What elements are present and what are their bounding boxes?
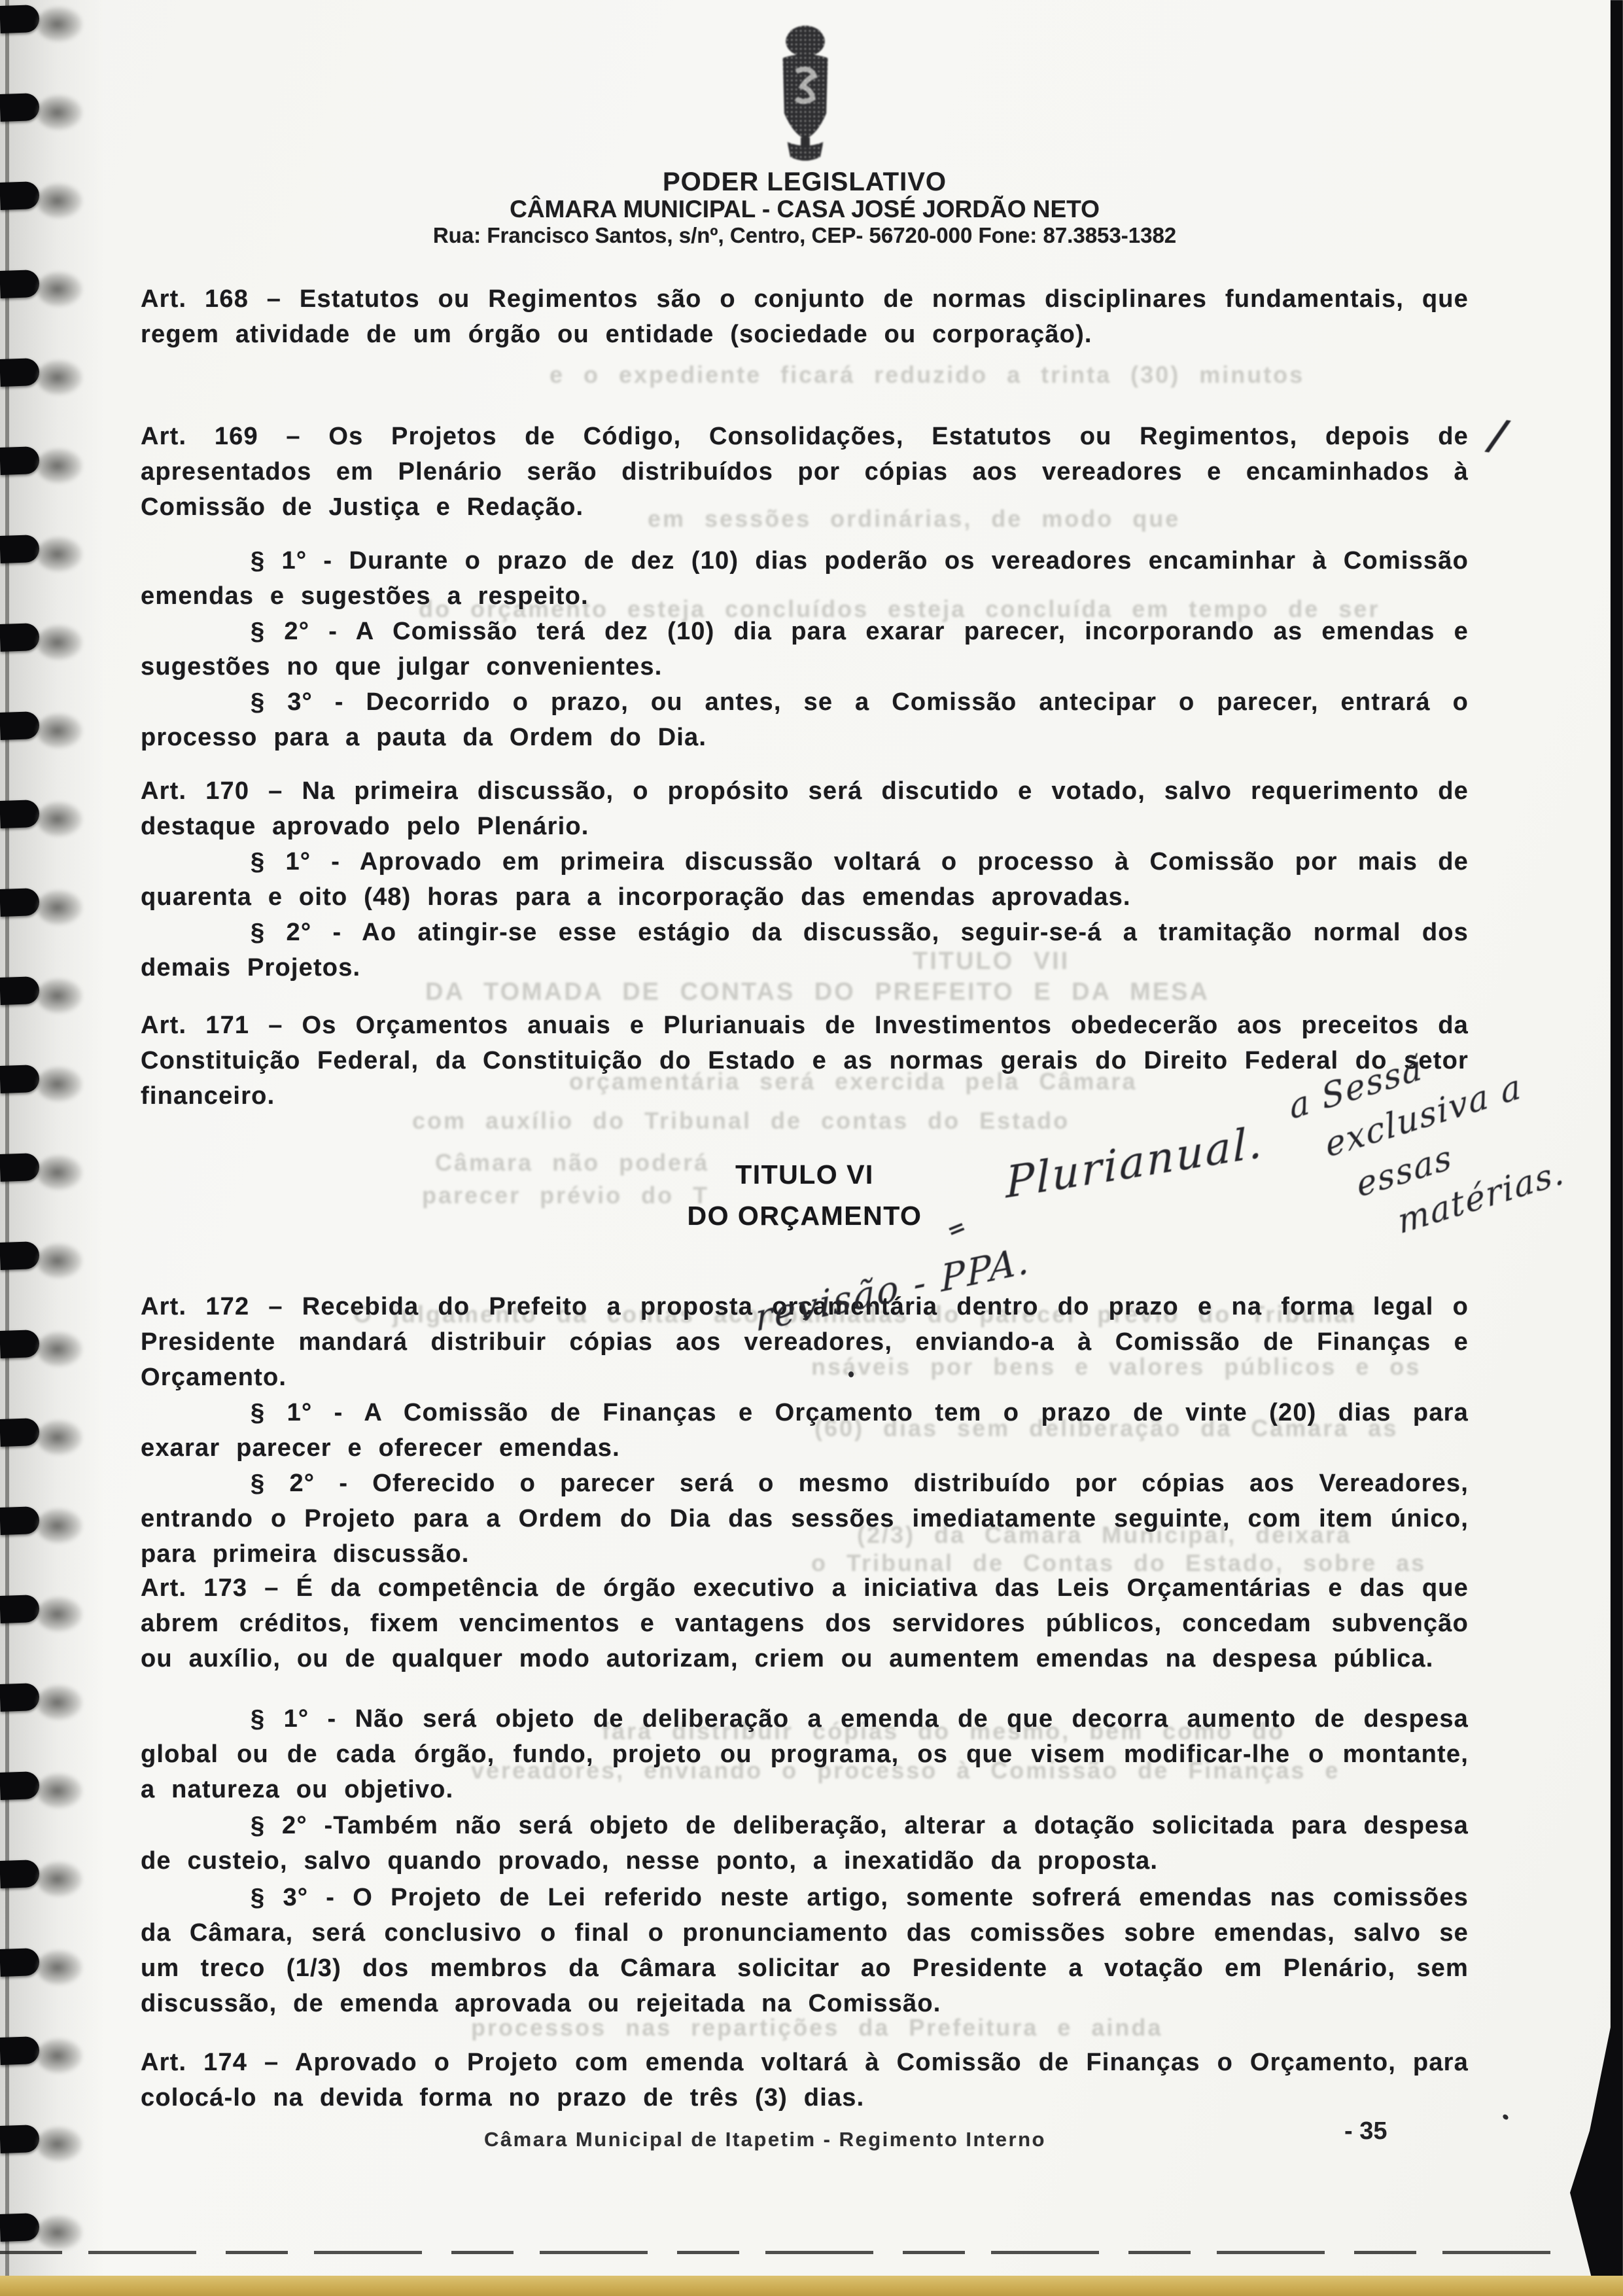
binding-hole-shadow bbox=[37, 2215, 82, 2250]
binding-prong-bar bbox=[0, 976, 40, 1005]
org-name: CÂMARA MUNICIPAL - CASA JOSÉ JORDÃO NETO bbox=[0, 196, 1609, 223]
binding-hole-shadow bbox=[37, 1950, 82, 1985]
binding-prong-bar bbox=[0, 2125, 40, 2153]
binding-prong-bar bbox=[0, 1683, 40, 1712]
binding-hole-shadow bbox=[37, 1773, 82, 1809]
art-174: Art. 174 – Aprovado o Projeto com emenda… bbox=[141, 2045, 1469, 2115]
binding-hole-shadow bbox=[37, 890, 82, 925]
binding-hole-shadow bbox=[37, 1155, 82, 1190]
binding-hole-shadow bbox=[37, 1862, 82, 1897]
art-172-par-1: § 1° - A Comissão de Finanças e Orçament… bbox=[141, 1395, 1469, 1466]
binding-prong-bar bbox=[0, 2213, 40, 2242]
binding-hole-shadow bbox=[37, 713, 82, 749]
binding-hole-shadow bbox=[37, 537, 82, 572]
binding-prong-bar bbox=[0, 800, 40, 828]
org-branch-title: PODER LEGISLATIVO bbox=[0, 168, 1609, 197]
binding-prong-bar bbox=[0, 535, 40, 563]
art-170-par-1: § 1° - Aprovado em primeira discussão vo… bbox=[141, 844, 1469, 915]
binding-hole-shadow bbox=[37, 1243, 82, 1279]
coat-of-arms-icon bbox=[767, 25, 844, 168]
binding-hole-shadow bbox=[37, 1597, 82, 1632]
binding-prong-bar bbox=[0, 93, 40, 122]
binding-prong-bar bbox=[0, 1153, 40, 1182]
binding-hole-shadow bbox=[37, 360, 82, 395]
binding-prong-bar bbox=[0, 1506, 40, 1535]
org-address: Rua: Francisco Santos, s/nº, Centro, CEP… bbox=[0, 223, 1609, 248]
binding-prong-bar bbox=[0, 623, 40, 652]
binding-prong-bar bbox=[0, 1241, 40, 1270]
dust-speck bbox=[848, 1371, 854, 1377]
binding-hole-shadow bbox=[37, 625, 82, 660]
binding-prong-bar bbox=[0, 5, 40, 33]
art-173: Art. 173 – É da competência de órgão exe… bbox=[141, 1570, 1469, 1676]
binding-prong-bar bbox=[0, 1330, 40, 1358]
do-orcamento-heading: DO ORÇAMENTO bbox=[141, 1201, 1469, 1231]
page-bottom-edge-line bbox=[0, 2251, 1567, 2254]
binding-hole-shadow bbox=[37, 7, 82, 42]
binding-prong-bar bbox=[0, 446, 40, 475]
art-169-par-2: § 2° - A Comissão terá dez (10) dia para… bbox=[141, 614, 1469, 684]
handwritten-tick-mark: ∕ bbox=[1487, 410, 1509, 461]
art-169-par-3: § 3° - Decorrido o prazo, ou antes, se a… bbox=[141, 684, 1469, 755]
art-170: Art. 170 – Na primeira discussão, o prop… bbox=[141, 773, 1469, 844]
binding-prong-bar bbox=[0, 888, 40, 917]
title-vi-heading: TITULO VI bbox=[141, 1159, 1469, 1190]
binding-hole-shadow bbox=[37, 1685, 82, 1720]
binding-hole-shadow bbox=[37, 1067, 82, 1102]
binding-hole-shadow bbox=[37, 272, 82, 307]
binding-hole-shadow bbox=[37, 2127, 82, 2162]
art-173-par-1: § 1° - Não será objeto de deliberação a … bbox=[141, 1701, 1469, 1807]
dust-speck bbox=[1502, 2113, 1509, 2121]
scanned-page: PODER LEGISLATIVO CÂMARA MUNICIPAL - CAS… bbox=[0, 0, 1623, 2296]
binding-prong-bar bbox=[0, 711, 40, 740]
scan-right-edge bbox=[1563, 0, 1623, 2296]
art-169-par-1: § 1° - Durante o prazo de dez (10) dias … bbox=[141, 543, 1469, 614]
art-170-par-2: § 2° - Ao atingir-se esse estágio da dis… bbox=[141, 915, 1469, 985]
art-172-par-2: § 2° - Oferecido o parecer será o mesmo … bbox=[141, 1466, 1469, 1572]
binding-hole-shadow bbox=[37, 802, 82, 837]
art-168: Art. 168 – Estatutos ou Regimentos são o… bbox=[141, 281, 1469, 352]
binding-prong-bar bbox=[0, 1065, 40, 1093]
binding-hole-shadow bbox=[37, 2038, 82, 2074]
art-173-par-3: § 3° - O Projeto de Lei referido neste a… bbox=[141, 1880, 1469, 2021]
binding-prong-bar bbox=[0, 1595, 40, 1623]
binding-hole-shadow bbox=[37, 978, 82, 1014]
binding-prong-bar bbox=[0, 2036, 40, 2065]
binding-hole-shadow bbox=[37, 95, 82, 130]
binding-hole-shadow bbox=[37, 1508, 82, 1544]
binding-prong-bar bbox=[0, 1418, 40, 1447]
binding-prong-bar bbox=[0, 270, 40, 298]
art-169: Art. 169 – Os Projetos de Código, Consol… bbox=[141, 419, 1469, 525]
page-number: - 35 bbox=[1344, 2117, 1387, 2146]
binding-prong-bar bbox=[0, 1771, 40, 1800]
footer-document-title: Câmara Municipal de Itapetim - Regimento… bbox=[484, 2128, 1046, 2151]
scan-bottom-strip bbox=[0, 2276, 1623, 2296]
binding-hole-shadow bbox=[37, 1332, 82, 1367]
art-171: Art. 171 – Os Orçamentos anuais e Pluria… bbox=[141, 1008, 1469, 1114]
binding-hole-shadow bbox=[37, 448, 82, 484]
art-173-par-2: § 2° -Também não será objeto de delibera… bbox=[141, 1808, 1469, 1879]
ghost-text-line: e o expediente ficará reduzido a trinta … bbox=[550, 361, 1304, 389]
binding-prong-bar bbox=[0, 358, 40, 387]
binding-prong-bar bbox=[0, 1948, 40, 1977]
binding-prong-bar bbox=[0, 1860, 40, 1888]
binding-hole-shadow bbox=[37, 1420, 82, 1455]
